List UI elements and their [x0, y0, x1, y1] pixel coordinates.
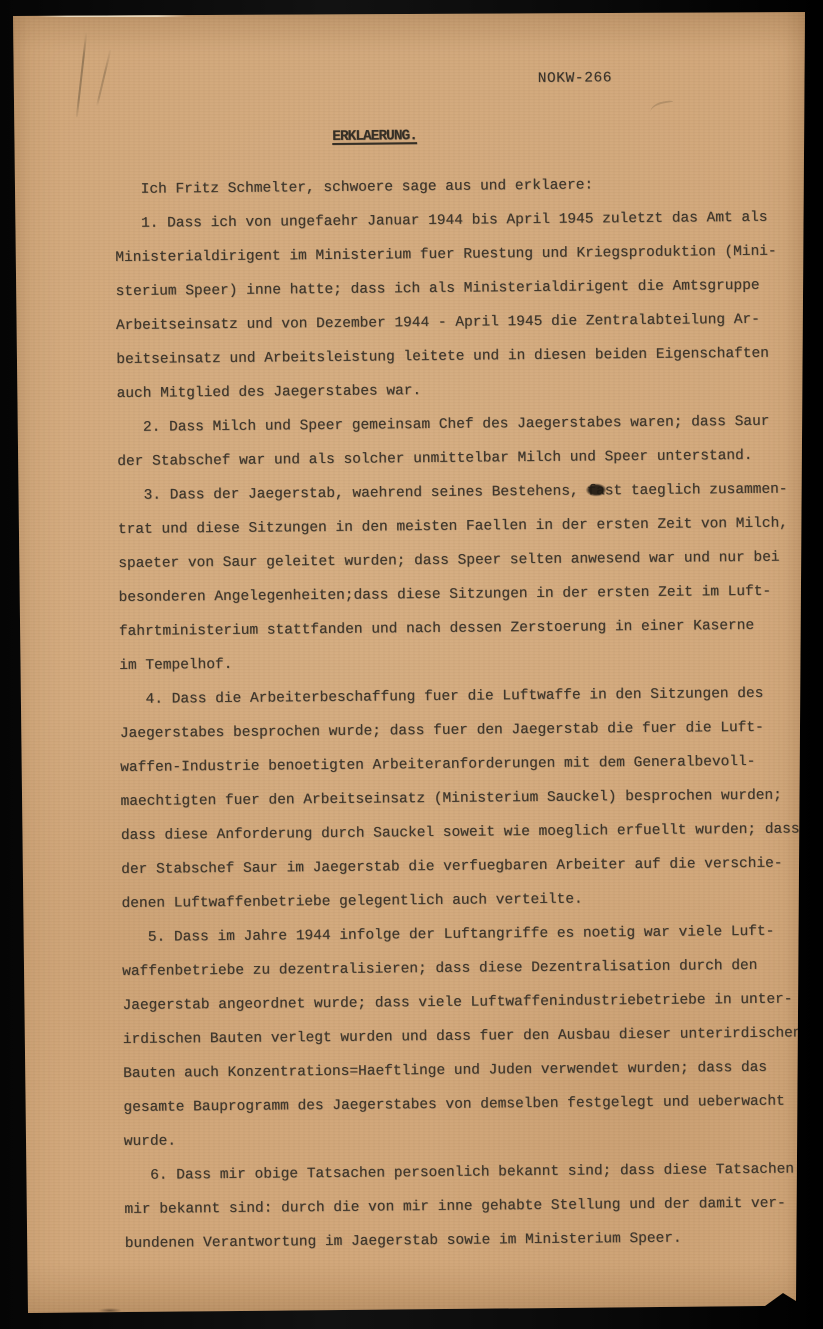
paper-smudge: [93, 1307, 127, 1314]
text-line: bundenen Verantwortung im Jaegerstab sow…: [125, 1220, 823, 1261]
text-line: mir bekannt sind: durch die von mir inne…: [124, 1186, 823, 1227]
scanned-document-page: NOKW-266 ERKLAERUNG. Ich Fritz Schmelter…: [0, 0, 823, 1329]
text-line: fahrtministerium stattfanden und nach de…: [119, 608, 819, 649]
text-line: beitseinsatz und Arbeitsleistung leitete…: [116, 336, 816, 377]
document-body: Ich Fritz Schmelter, schwoere sage aus u…: [115, 166, 823, 1261]
text-line: gesamte Bauprogramm des Jaegerstabes von…: [123, 1084, 823, 1125]
pencil-mark: [649, 100, 674, 114]
text-line: der Stabschef Saur im Jaegerstab die ver…: [121, 846, 821, 887]
document-title: ERKLAERUNG.: [332, 128, 417, 145]
ink-blot: fa: [587, 483, 605, 499]
pencil-mark: [76, 32, 88, 118]
paper-sheet: NOKW-266 ERKLAERUNG. Ich Fritz Schmelter…: [13, 12, 808, 1315]
page-content: NOKW-266 ERKLAERUNG. Ich Fritz Schmelter…: [13, 4, 820, 1315]
pencil-mark: [96, 50, 111, 107]
document-number-stamp: NOKW-266: [538, 70, 613, 87]
